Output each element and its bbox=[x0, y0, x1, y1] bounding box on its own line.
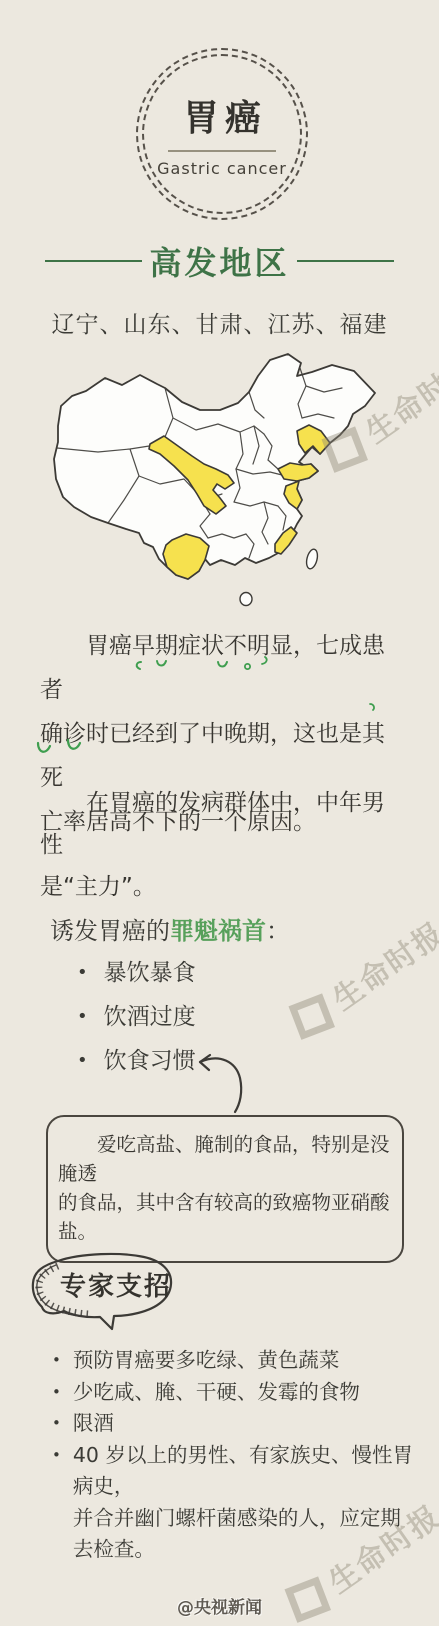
list-item: • 预防胃癌要多吃绿、黄色蔬菜 bbox=[52, 1345, 414, 1377]
cause-alcohol: 饮酒过度 bbox=[104, 995, 196, 1039]
bullet-dot-icon: • bbox=[77, 1039, 88, 1083]
green-doodle-icon bbox=[243, 662, 252, 671]
callout-line: 的食品，其中含有较高的致癌物亚硝酸盐。 bbox=[58, 1188, 392, 1246]
list-item: • 饮食习惯 bbox=[77, 1039, 196, 1083]
green-doodle-icon bbox=[155, 658, 168, 670]
curved-arrow-icon bbox=[194, 1052, 254, 1114]
header-line-right bbox=[297, 260, 394, 262]
causes-heading-colon: ： bbox=[266, 917, 290, 945]
list-item: • 限酒 bbox=[52, 1408, 414, 1440]
province-yunnan-highlight bbox=[163, 534, 209, 579]
green-doodle-icon bbox=[66, 737, 83, 755]
tip-screening-line1: 40 岁以上的男性、有家族史、慢性胃病史， bbox=[73, 1440, 414, 1503]
title-badge: 胃癌 Gastric cancer bbox=[136, 48, 308, 220]
cause-diet-habit: 饮食习惯 bbox=[104, 1039, 196, 1083]
china-map bbox=[50, 348, 395, 610]
expert-tips-title: 专家支招 bbox=[60, 1266, 172, 1303]
hainan-island bbox=[240, 593, 252, 606]
green-doodle-icon bbox=[36, 740, 53, 758]
china-outline bbox=[54, 354, 375, 579]
tip-vegetables: 预防胃癌要多吃绿、黄色蔬菜 bbox=[73, 1345, 340, 1377]
callout-line: 爱吃高盐、腌制的食品，特别是没腌透 bbox=[58, 1130, 392, 1188]
list-item: • 少吃咸、腌、干硬、发霉的食物 bbox=[52, 1377, 414, 1409]
header-line-left bbox=[45, 260, 142, 262]
causes-heading: 诱发胃癌的罪魁祸首： bbox=[50, 911, 290, 946]
paragraph-line: 在胃癌的发病群体中，中年男性 bbox=[40, 782, 404, 866]
watermark-text: 生命时报 bbox=[322, 909, 439, 1018]
watermark: 生命时报 bbox=[284, 909, 439, 1045]
list-item: • 暴饮暴食 bbox=[77, 951, 196, 995]
section-header-high-incidence: 高发地区 bbox=[0, 238, 439, 284]
page-title: 胃癌 bbox=[177, 90, 267, 141]
province-shandong-highlight bbox=[278, 463, 318, 481]
watermark-logo-icon bbox=[288, 993, 335, 1040]
expert-tips-list: • 预防胃癌要多吃绿、黄色蔬菜 • 少吃咸、腌、干硬、发霉的食物 • 限酒 • … bbox=[52, 1345, 414, 1566]
infographic-page: 胃癌 Gastric cancer 高发地区 辽宁、山东、甘肃、江苏、福建 bbox=[0, 0, 439, 1626]
region-list: 辽宁、山东、甘肃、江苏、福建 bbox=[0, 306, 439, 339]
green-doodle-icon bbox=[216, 659, 229, 671]
causes-heading-highlight: 罪魁祸首 bbox=[170, 917, 266, 945]
list-item: • 饮酒过度 bbox=[77, 995, 196, 1039]
paragraph-demographics: 在胃癌的发病群体中，中年男性 是“主力”。 bbox=[40, 782, 404, 908]
bullet-dot-icon: • bbox=[52, 1377, 61, 1409]
paragraph-line: 是“主力”。 bbox=[40, 866, 404, 908]
credit-cctv-news: @央视新闻 bbox=[0, 1593, 439, 1618]
causes-list: • 暴饮暴食 • 饮酒过度 • 饮食习惯 bbox=[77, 951, 196, 1083]
page-subtitle: Gastric cancer bbox=[157, 159, 287, 178]
green-doodle-icon bbox=[133, 660, 145, 672]
green-doodle-icon bbox=[260, 656, 270, 666]
bullet-dot-icon: • bbox=[52, 1408, 61, 1440]
section-title: 高发地区 bbox=[149, 238, 289, 284]
bullet-dot-icon: • bbox=[52, 1440, 61, 1472]
callout-box: 爱吃高盐、腌制的食品，特别是没腌透 的食品，其中含有较高的致癌物亚硝酸盐。 bbox=[46, 1115, 404, 1263]
bullet-dot-icon: • bbox=[52, 1345, 61, 1377]
tip-limit-alcohol: 限酒 bbox=[73, 1408, 114, 1440]
badge-divider bbox=[168, 150, 276, 152]
tip-avoid-foods: 少吃咸、腌、干硬、发霉的食物 bbox=[73, 1377, 360, 1409]
bullet-dot-icon: • bbox=[77, 951, 88, 995]
causes-heading-plain: 诱发胃癌的 bbox=[50, 917, 170, 945]
green-doodle-icon bbox=[368, 702, 377, 712]
cause-overeating: 暴饮暴食 bbox=[104, 951, 196, 995]
taiwan-island bbox=[305, 548, 320, 570]
bullet-dot-icon: • bbox=[77, 995, 88, 1039]
title-badge-inner-ring: 胃癌 Gastric cancer bbox=[142, 54, 302, 214]
